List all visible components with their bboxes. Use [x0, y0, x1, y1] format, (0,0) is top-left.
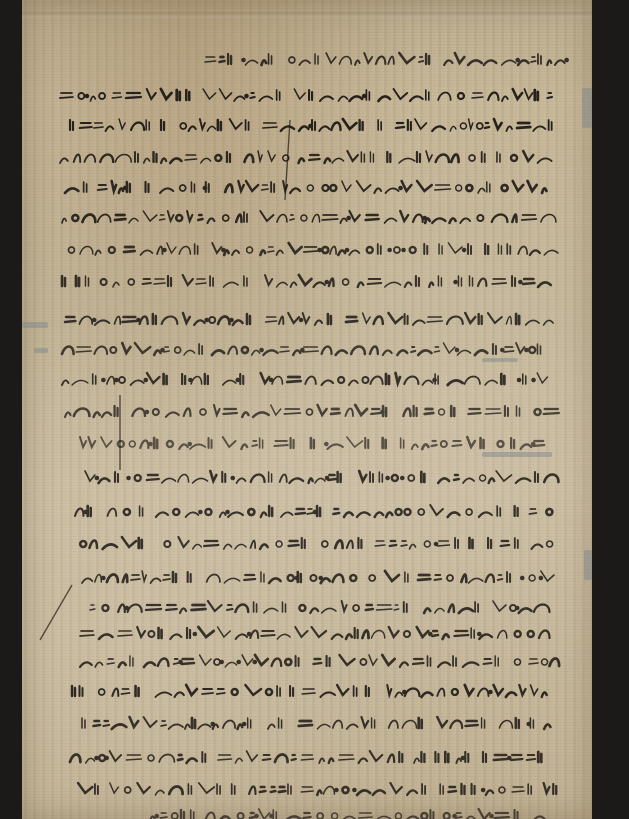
script-line: [62, 343, 540, 355]
script-line: [62, 275, 551, 287]
script-line: [60, 89, 552, 101]
script-line: [90, 601, 549, 613]
script-line: [80, 655, 559, 667]
ink-stroke: [285, 120, 290, 200]
script-line: [60, 151, 552, 163]
script-line: [65, 313, 553, 325]
script-line: [62, 373, 547, 385]
script-line: [78, 783, 556, 795]
script-line: [75, 505, 552, 517]
script-line: [205, 53, 568, 65]
script-line: [150, 809, 545, 819]
script-line: [72, 685, 547, 697]
hieratic-text: [0, 0, 629, 819]
ink-stroke: [40, 585, 72, 640]
script-line: [80, 437, 544, 449]
script-line: [62, 211, 556, 223]
script-line: [82, 571, 554, 583]
script-line: [82, 717, 550, 729]
script-line: [68, 243, 557, 255]
script-line: [80, 537, 552, 549]
script-line: [85, 471, 558, 483]
script-line: [80, 627, 550, 639]
script-line: [70, 119, 552, 131]
script-line: [70, 751, 541, 763]
script-line: [65, 405, 559, 417]
script-line: [65, 181, 546, 193]
